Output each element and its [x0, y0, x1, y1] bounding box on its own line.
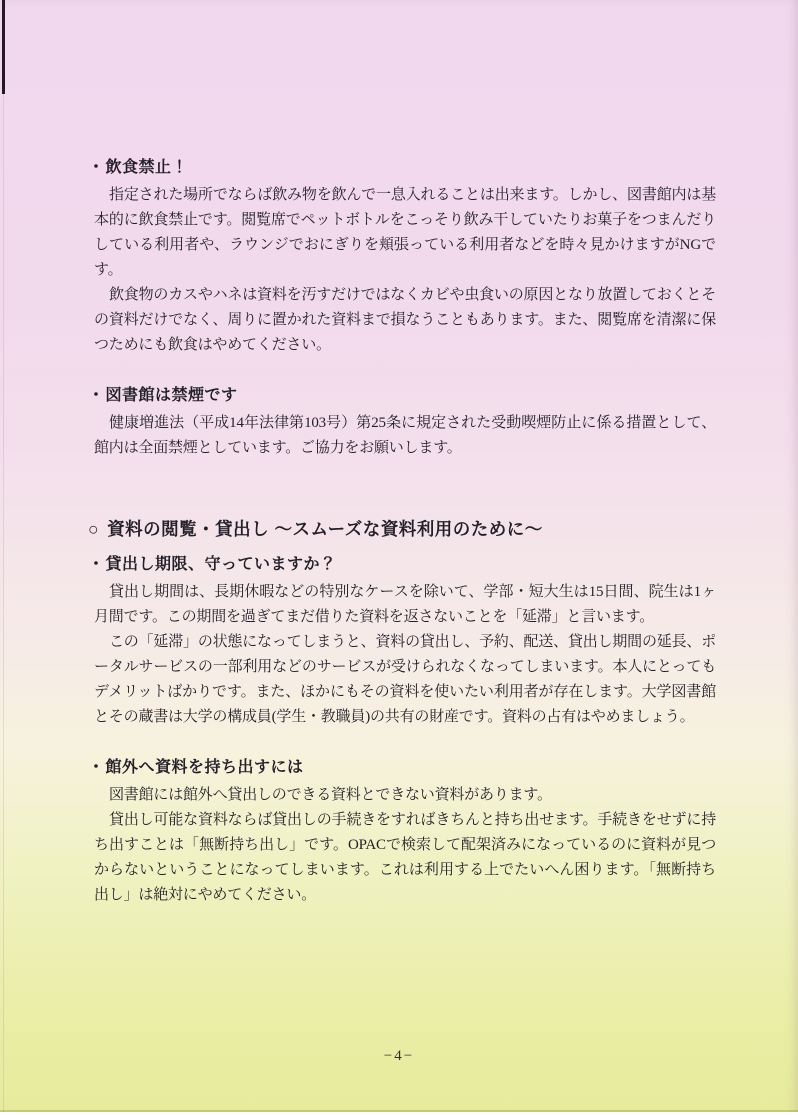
topic-title: ・貸出し期限、守っていますか？ — [88, 555, 716, 575]
topic-title-text: 貸出し期限、守っていますか？ — [106, 556, 337, 573]
paragraph: この「延滞」の状態になってしまうと、資料の貸出し、予約、配送、貸出し期間の延長、… — [94, 630, 716, 730]
topic-title-text: 図書館は禁煙です — [106, 387, 238, 404]
topic-title: ・図書館は禁煙です — [88, 386, 716, 406]
topic-body: 貸出し期間は、長期休暇などの特別なケースを除いて、学部・短大生は15日間、院生は… — [94, 580, 716, 730]
circle-marker-icon: ○ — [88, 519, 99, 539]
topic-title: ・館外へ資料を持ち出すには — [88, 758, 716, 778]
topic-section: ・館外へ資料を持ち出すには 図書館には館外へ貸出しのできる資料とできない資料があ… — [94, 758, 716, 908]
paragraph: 指定された場所でならば飲み物を飲んで一息入れることは出来ます。しかし、図書館内は… — [94, 183, 716, 283]
topic-body: 図書館には館外へ貸出しのできる資料とできない資料があります。貸出し可能な資料なら… — [94, 783, 716, 908]
topic-title: ・飲食禁止！ — [88, 158, 716, 178]
topic-title-text: 飲食禁止！ — [106, 159, 189, 176]
bullet-icon: ・ — [88, 387, 105, 404]
scan-artifact-left-edge-faint — [3, 94, 4, 1115]
topic-body: 健康増進法（平成14年法律第103号）第25条に規定された受動喫煙防止に係る措置… — [94, 411, 716, 461]
section-heading: ○資料の閲覧・貸出し ～スムーズな資料利用のために～ — [88, 517, 716, 541]
topic-section: ・貸出し期限、守っていますか？ 貸出し期間は、長期休暇などの特別なケースを除いて… — [94, 555, 716, 730]
bullet-icon: ・ — [88, 159, 105, 176]
scanned-document-page: ・飲食禁止！ 指定された場所でならば飲み物を飲んで一息入れることは出来ます。しか… — [0, 0, 798, 1115]
bullet-icon: ・ — [88, 759, 105, 776]
paragraph: 図書館には館外へ貸出しのできる資料とできない資料があります。 — [94, 783, 716, 808]
topic-body: 指定された場所でならば飲み物を飲んで一息入れることは出来ます。しかし、図書館内は… — [94, 183, 716, 358]
topic-title-text: 館外へ資料を持ち出すには — [106, 759, 304, 776]
page-content: ・飲食禁止！ 指定された場所でならば飲み物を飲んで一息入れることは出来ます。しか… — [94, 158, 716, 908]
scan-artifact-left-edge — [2, 0, 5, 94]
topic-section: ・図書館は禁煙です 健康増進法（平成14年法律第103号）第25条に規定された受… — [94, 386, 716, 461]
paragraph: 貸出し可能な資料ならば貸出しの手続きをすればきちんと持ち出せます。手続きをせずに… — [94, 808, 716, 908]
paragraph: 健康増進法（平成14年法律第103号）第25条に規定された受動喫煙防止に係る措置… — [94, 411, 716, 461]
topic-section: ・飲食禁止！ 指定された場所でならば飲み物を飲んで一息入れることは出来ます。しか… — [94, 158, 716, 358]
page-number: −4− — [0, 1048, 798, 1065]
section-heading-text: 資料の閲覧・貸出し ～スムーズな資料利用のために～ — [107, 519, 543, 539]
paragraph: 貸出し期間は、長期休暇などの特別なケースを除いて、学部・短大生は15日間、院生は… — [94, 580, 716, 630]
paragraph: 飲食物のカスやハネは資料を汚すだけではなくカビや虫食いの原因となり放置しておくと… — [94, 283, 716, 358]
bullet-icon: ・ — [88, 556, 105, 573]
